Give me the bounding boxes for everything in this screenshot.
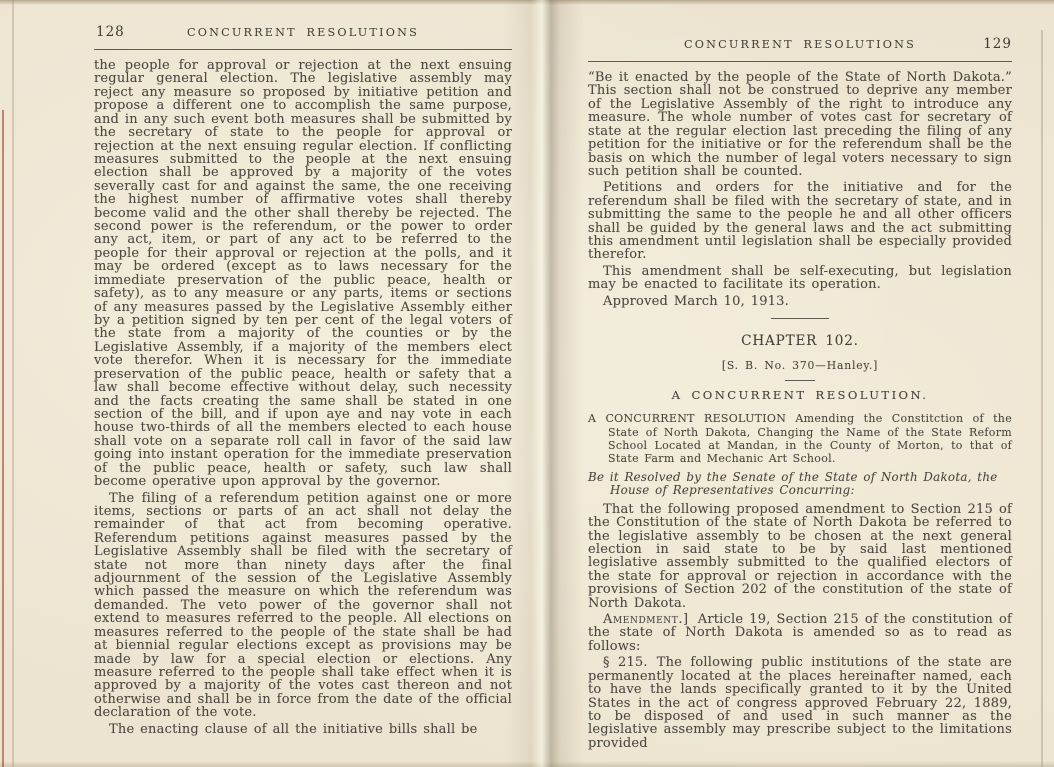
section-215-paragraph: § 215.The following public institutions …	[588, 656, 1012, 750]
left-running-title: CONCURRENT RESOLUTIONS	[94, 26, 512, 39]
approval-line: Approved March 10, 1913.	[588, 295, 1012, 308]
page-edge-right	[1041, 30, 1043, 767]
section-divider	[771, 318, 829, 319]
right-page-header: CONCURRENT RESOLUTIONS 129	[588, 36, 1012, 56]
body-paragraph: the people for approval or rejection at …	[94, 59, 512, 489]
body-paragraph: The filing of a referendum petition agai…	[94, 492, 512, 720]
body-paragraph: That the following proposed amendment to…	[588, 503, 1012, 610]
right-header-rule	[588, 61, 1012, 62]
right-page-body: “Be it enacted by the people of the Stat…	[588, 71, 1012, 750]
section-divider-short	[785, 380, 815, 381]
right-page-number: 129	[983, 36, 1012, 52]
book-gutter	[505, 0, 597, 767]
resolution-title: A CONCURRENT RESOLUTION.	[588, 389, 1012, 402]
page-edge-red-line	[2, 110, 4, 767]
chapter-heading: CHAPTER 102.	[588, 335, 1012, 348]
body-paragraph: The enacting clause of all the initiativ…	[94, 723, 512, 736]
left-header-rule	[94, 49, 512, 50]
body-paragraph: “Be it enacted by the people of the Stat…	[588, 71, 1012, 178]
section-text: The following public institutions of the…	[588, 655, 1012, 751]
book-spread: 128 CONCURRENT RESOLUTIONS the people fo…	[0, 0, 1054, 767]
right-running-title: CONCURRENT RESOLUTIONS	[588, 38, 1012, 51]
bill-number-line: [S. B. No. 370—Hanley.]	[588, 359, 1012, 372]
left-page: 128 CONCURRENT RESOLUTIONS the people fo…	[94, 24, 512, 736]
page-edge-left	[12, 0, 14, 767]
body-paragraph: Petitions and orders for the initiative …	[588, 181, 1012, 262]
left-page-body: the people for approval or rejection at …	[94, 59, 512, 736]
left-page-header: 128 CONCURRENT RESOLUTIONS	[94, 24, 512, 44]
amendment-paragraph: Amendment.]Article 19, Section 215 of th…	[588, 613, 1012, 653]
body-paragraph: This amendment shall be self-executing, …	[588, 265, 1012, 292]
resolved-clause: Be it Resolved by the Senate of the Stat…	[588, 471, 1012, 497]
right-page: CONCURRENT RESOLUTIONS 129 “Be it enacte…	[588, 36, 1012, 750]
resolution-summary: A CONCURRENT RESOLUTION Amending the Con…	[588, 412, 1012, 465]
